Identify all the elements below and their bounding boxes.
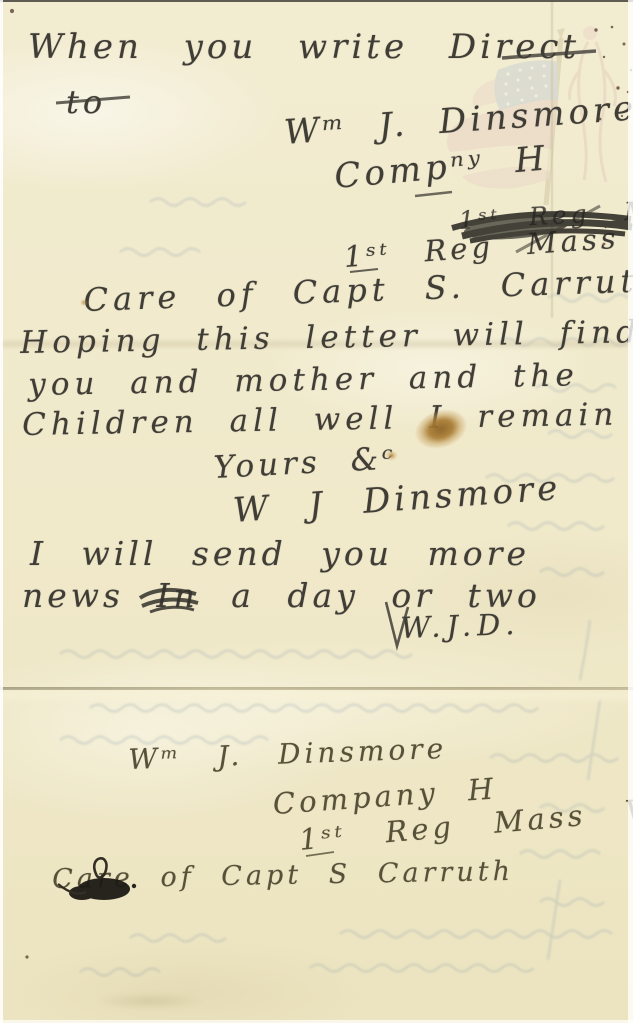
handwritten-line: Wᵐ J. Dinsmore bbox=[283, 91, 633, 150]
address-line-blotted: Care of Capt S Carruth bbox=[52, 858, 514, 893]
handwritten-line: news In a day or two bbox=[22, 579, 541, 612]
scan-edge-right bbox=[628, 0, 633, 1023]
handwritten-line: you and mother and the bbox=[28, 360, 579, 401]
scan-edge-top bbox=[0, 0, 633, 2]
handwritten-line: Hoping this letter will find bbox=[20, 317, 633, 359]
fold-crease-highlight bbox=[0, 690, 633, 700]
scan-edge-left bbox=[0, 0, 3, 1023]
handwritten-line: Children all well I remain bbox=[22, 400, 619, 441]
handwritten-line: to bbox=[66, 86, 106, 118]
rust-stain-dot bbox=[385, 450, 398, 461]
letter-page: When you write Direct to Wᵐ J. Dinsmore … bbox=[0, 0, 633, 1023]
rust-stain-dot bbox=[80, 299, 88, 306]
bottom-smudge bbox=[95, 992, 205, 1010]
handwritten-line: I will send you more bbox=[30, 537, 530, 570]
handwritten-line: When you write Direct bbox=[28, 30, 580, 64]
address-line: Wᵐ J. Dinsmore bbox=[128, 735, 448, 774]
handwritten-initials: W.J.D. bbox=[400, 610, 521, 643]
handwritten-line: Yours &ᶜ bbox=[213, 443, 398, 484]
handwritten-line: Compⁿʸ H bbox=[333, 141, 550, 194]
